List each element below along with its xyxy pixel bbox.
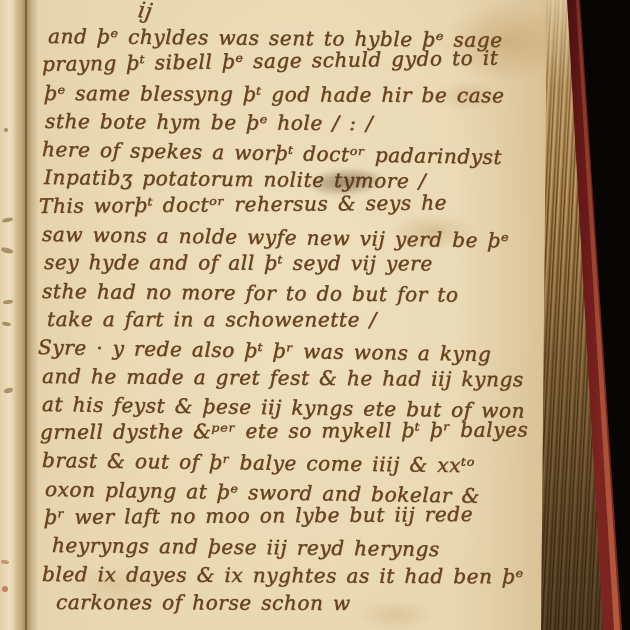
text-line: bled ix dayes & ix nyghtes as it had ben… <box>42 560 556 591</box>
showthrough-mark <box>2 321 12 327</box>
showthrough-mark <box>2 586 8 592</box>
handwritten-text-block: and þᵉ chyldes was sent to hyble þᵉ sage… <box>42 22 556 616</box>
showthrough-mark <box>1 559 9 564</box>
text-line: carkones of horse schon w <box>56 588 556 618</box>
showthrough-mark <box>2 217 14 223</box>
text-line: grnell dysthe &ᵖᵉʳ ete so mykell þᵗ þʳ b… <box>40 415 556 446</box>
showthrough-mark <box>1 247 14 255</box>
text-line: and he made a gret fest & he had iij kyn… <box>42 362 556 394</box>
gutter-shadow <box>13 0 39 630</box>
text-line: þʳ wer laft no moo on lybe but iij rede <box>44 499 556 531</box>
text-line: sthe bote hym be þᵉ hole / : / <box>45 107 556 139</box>
showthrough-mark <box>3 127 8 132</box>
text-line: sey hyde and of all þᵗ seyd vij yere <box>44 248 556 278</box>
text-line: prayng þᵗ sibell þᵉ sage schuld gydo to … <box>42 43 556 78</box>
text-line: take a fart in a schowenette / <box>47 305 556 334</box>
manuscript-photo: ij and þᵉ chyldes was sent to hyble þᵉ s… <box>0 0 630 630</box>
text-line: þᵉ same blessyng þᵗ god hade hir be case <box>44 79 556 110</box>
showthrough-mark <box>3 299 13 304</box>
manuscript-page: ij and þᵉ chyldes was sent to hyble þᵉ s… <box>0 0 630 630</box>
showthrough-mark <box>4 387 14 394</box>
